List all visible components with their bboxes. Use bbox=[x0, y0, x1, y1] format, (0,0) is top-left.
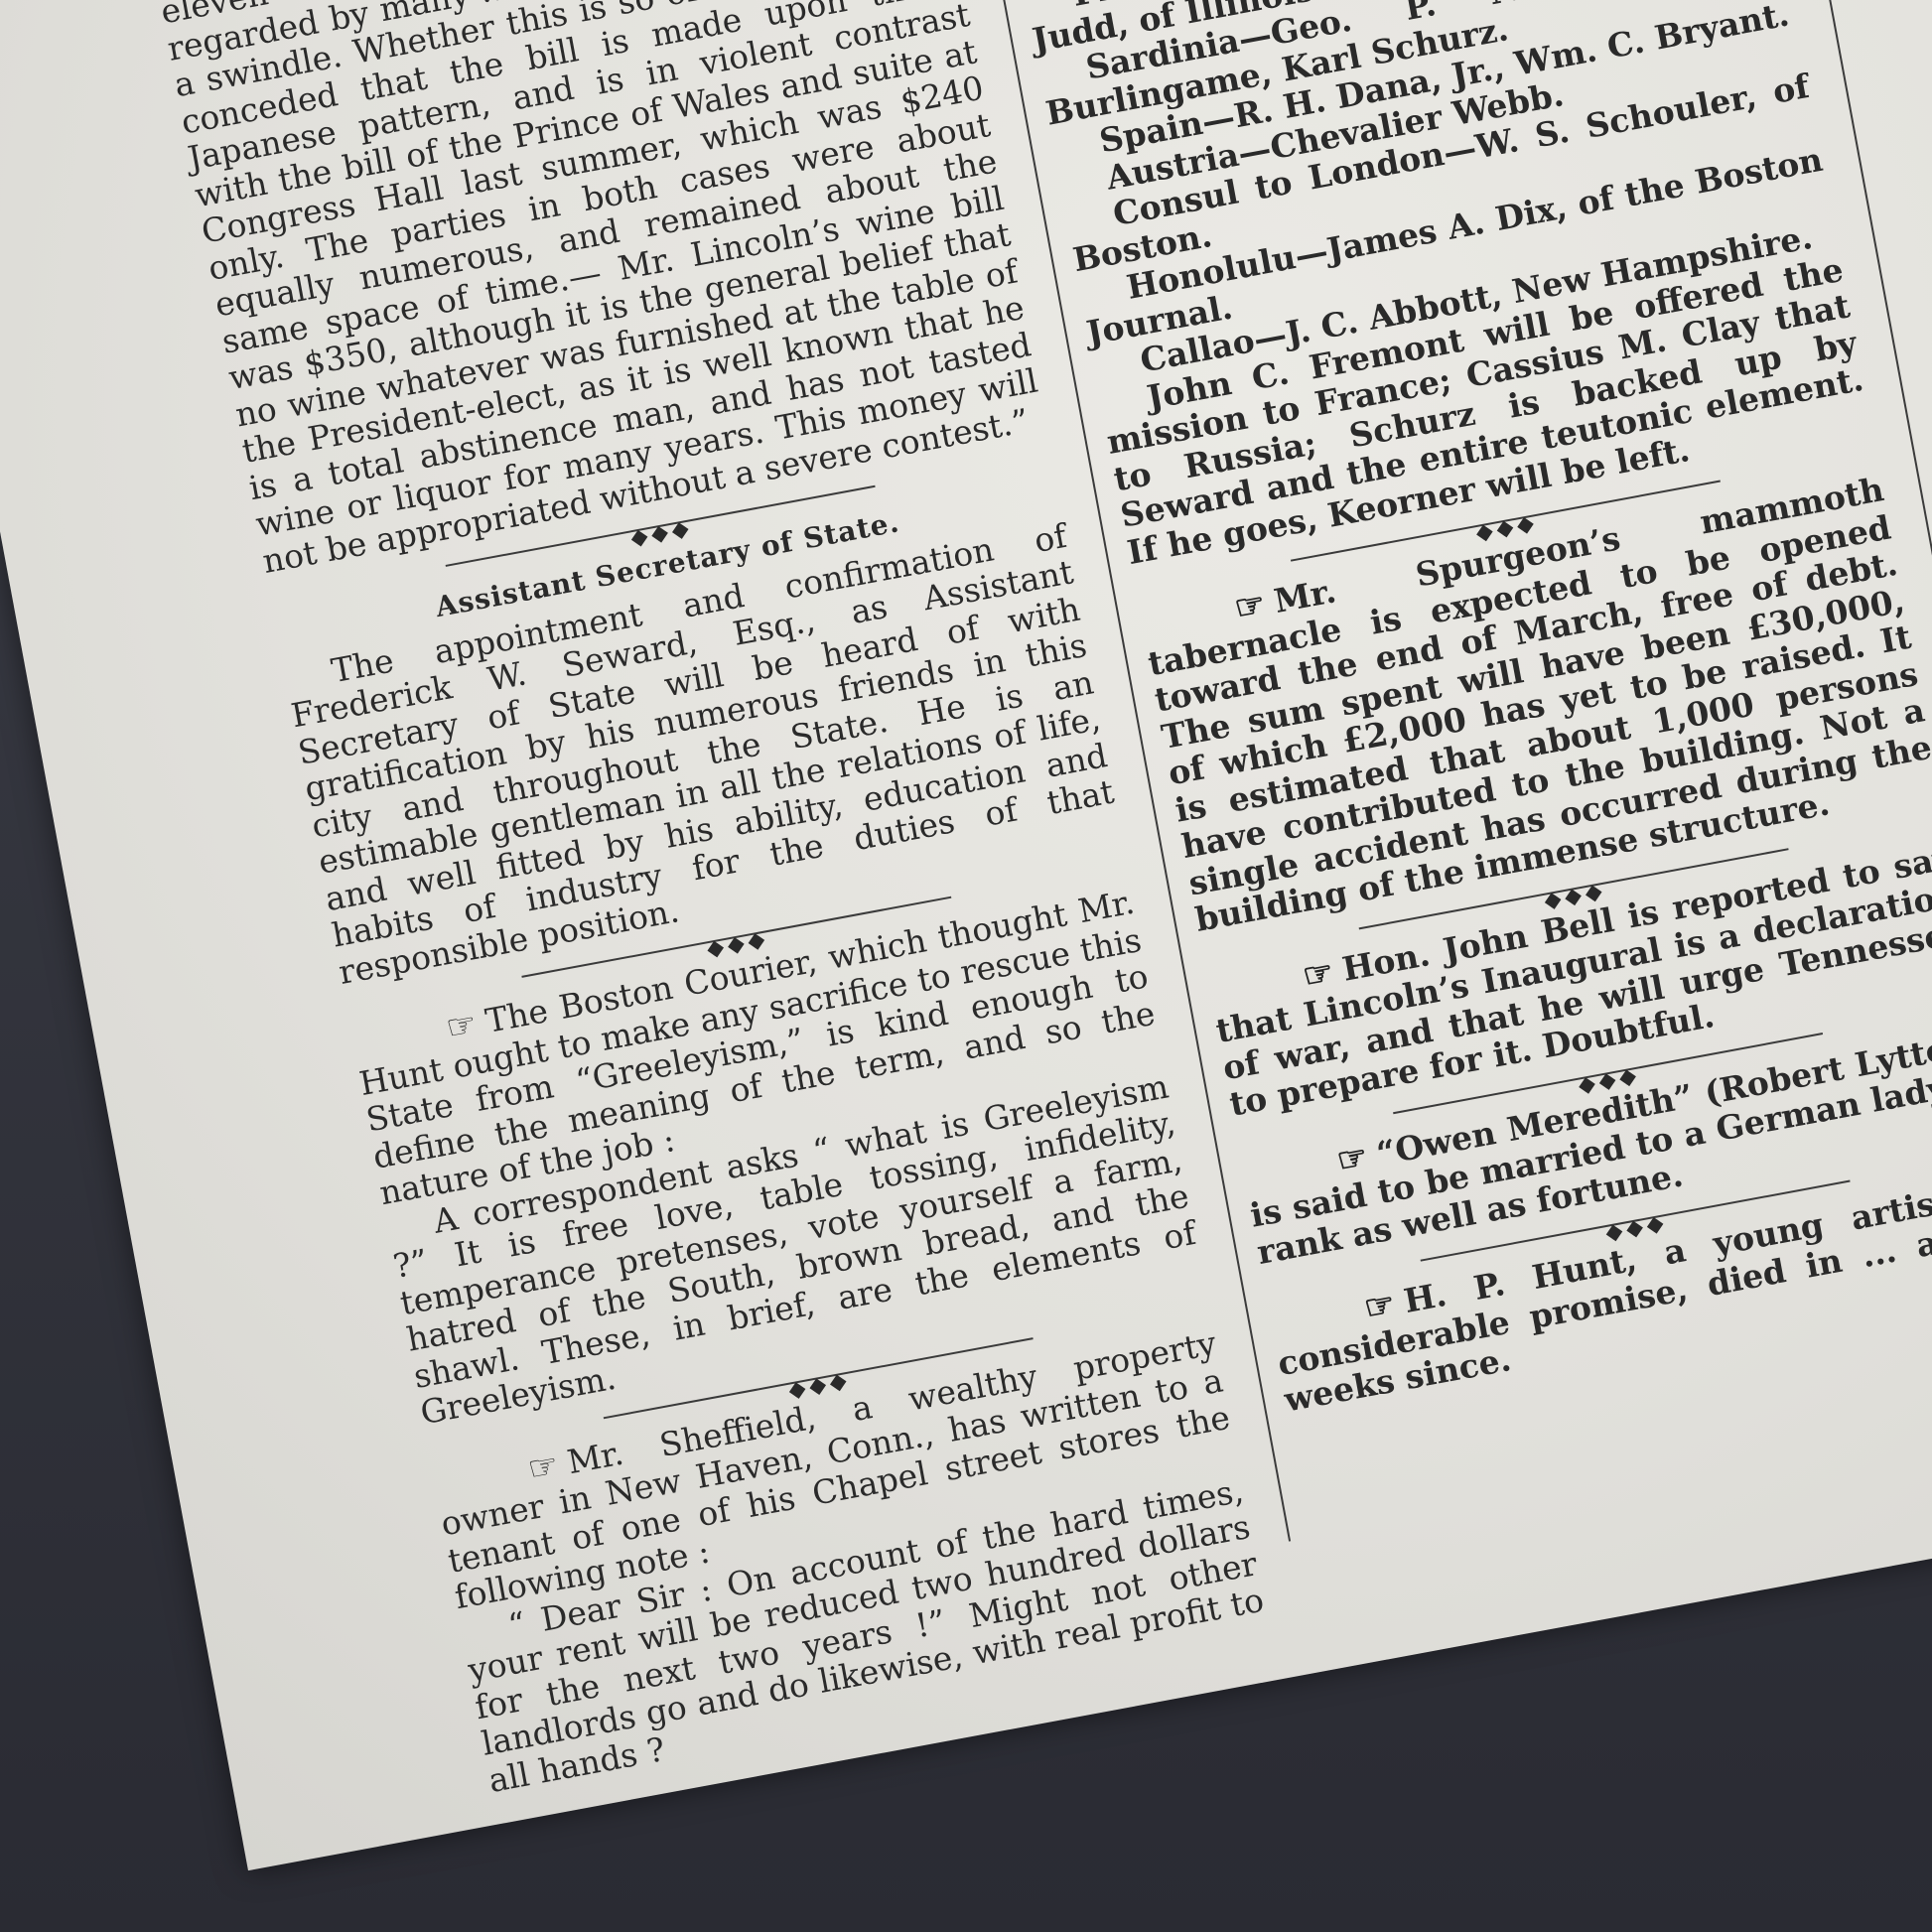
newspaper-page: eleven ... of Mr. Lincoln and ... which … bbox=[0, 0, 1932, 1870]
article-continuation: eleven ... of Mr. Lincoln and ... which … bbox=[158, 0, 1047, 580]
page-content: eleven ... of Mr. Lincoln and ... which … bbox=[158, 0, 1932, 1751]
